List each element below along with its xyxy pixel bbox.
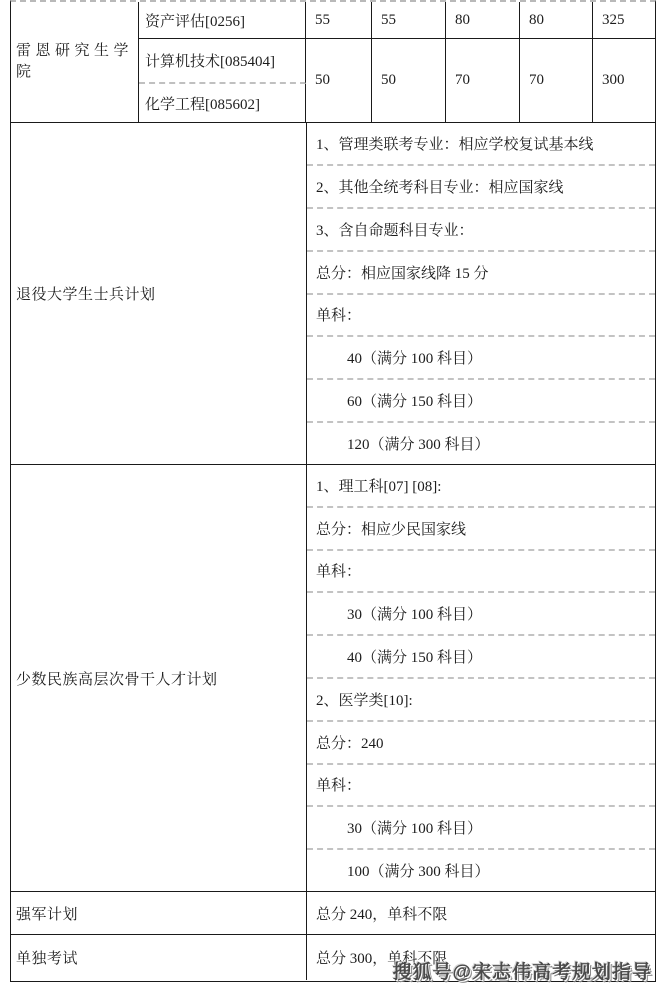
college-programs-section: 雷恩研究生学院 资产评估[0256] 计算机技术[085404] 化学工程[08… — [11, 2, 655, 123]
criteria-list: 1、理工科[07] [08]: 总分：相应少民国家线 单科： 30（满分 100… — [307, 465, 655, 891]
criteria-row: 100（满分 300 科目） — [307, 850, 655, 891]
program-cell: 资产评估[0256] — [139, 2, 306, 39]
criteria-row: 总分：相应少民国家线 — [307, 508, 655, 551]
score-table: 雷恩研究生学院 资产评估[0256] 计算机技术[085404] 化学工程[08… — [10, 0, 656, 982]
plan-section-minority: 少数民族高层次骨干人才计划 1、理工科[07] [08]: 总分：相应少民国家线… — [11, 465, 655, 892]
merged-score-cell: 300 — [593, 39, 655, 122]
criteria-list: 总分 240，单科不限 — [307, 892, 655, 934]
plan-label: 单独考试 — [11, 935, 307, 980]
criteria-row: 总分 240，单科不限 — [307, 892, 655, 934]
program-name: 计算机技术[085404] — [145, 50, 275, 71]
criteria-row: 30（满分 100 科目） — [307, 593, 655, 636]
merged-score-cell: 50 — [306, 39, 372, 122]
criteria-list: 1、管理类联考专业：相应学校复试基本线 2、其他全统考科目专业：相应国家线 3、… — [307, 123, 655, 464]
score-cell: 325 — [593, 2, 655, 39]
criteria-row: 2、医学类[10]: — [307, 679, 655, 722]
criteria-row: 单科： — [307, 295, 655, 338]
merged-score-cell: 50 — [372, 39, 446, 122]
criteria-row: 30（满分 100 科目） — [307, 807, 655, 850]
program-name: 资产评估[0256] — [145, 10, 245, 31]
watermark-text: 搜狐号@宋志伟高考规划指导 — [392, 957, 652, 984]
criteria-row: 3、含自命题科目专业： — [307, 209, 655, 252]
criteria-row: 60（满分 150 科目） — [307, 380, 655, 423]
score-cell: 80 — [520, 2, 593, 39]
criteria-row: 总分：相应国家线降 15 分 — [307, 252, 655, 295]
college-name: 雷恩研究生学院 — [16, 41, 133, 83]
criteria-row: 120（满分 300 科目） — [307, 423, 655, 464]
score-cell: 55 — [372, 2, 446, 39]
program-cell: 计算机技术[085404] — [139, 39, 306, 84]
program-cell: 化学工程[085602] — [139, 84, 306, 122]
criteria-row: 1、管理类联考专业：相应学校复试基本线 — [307, 123, 655, 166]
criteria-row: 总分：240 — [307, 722, 655, 765]
criteria-row: 2、其他全统考科目专业：相应国家线 — [307, 166, 655, 209]
score-cell: 80 — [446, 2, 520, 39]
plan-section-veteran: 退役大学生士兵计划 1、管理类联考专业：相应学校复试基本线 2、其他全统考科目专… — [11, 123, 655, 465]
plan-label: 强军计划 — [11, 892, 307, 934]
criteria-row: 单科： — [307, 765, 655, 808]
admission-score-table-page: 雷恩研究生学院 资产评估[0256] 计算机技术[085404] 化学工程[08… — [0, 0, 657, 988]
criteria-row: 40（满分 150 科目） — [307, 636, 655, 679]
merged-score-cell: 70 — [520, 39, 593, 122]
criteria-row: 1、理工科[07] [08]: — [307, 465, 655, 508]
criteria-row: 单科： — [307, 551, 655, 594]
criteria-row: 40（满分 100 科目） — [307, 337, 655, 380]
score-cell: 55 — [306, 2, 372, 39]
merged-score-cell: 70 — [446, 39, 520, 122]
college-cell: 雷恩研究生学院 — [11, 2, 139, 122]
program-name: 化学工程[085602] — [145, 93, 260, 114]
plan-label: 退役大学生士兵计划 — [11, 123, 307, 464]
plan-section-army: 强军计划 总分 240，单科不限 — [11, 892, 655, 935]
plan-label: 少数民族高层次骨干人才计划 — [11, 465, 307, 891]
